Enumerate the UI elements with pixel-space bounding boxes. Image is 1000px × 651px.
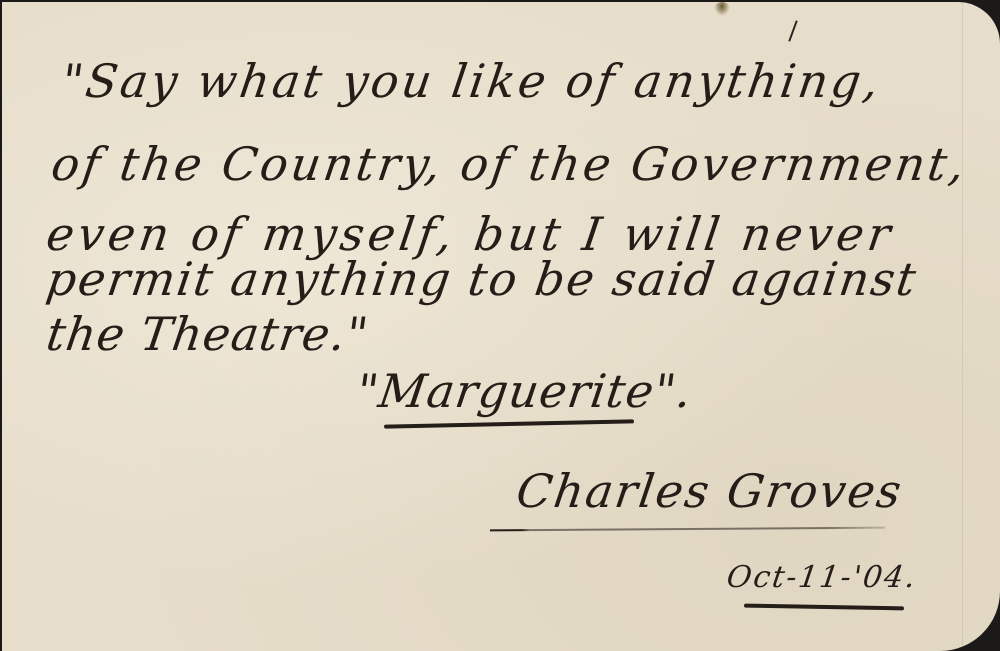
quote-line-2: of the Country, of the Government, [48,137,971,191]
source-title: "Marguerite". [353,364,696,418]
title-underline [384,419,634,428]
date-underline [744,604,904,611]
quote-line-5: the Theatre." [43,307,372,361]
signature: Charles Groves [513,464,906,518]
quote-line-4: permit anything to be said against [43,252,921,306]
signature-underline [490,527,885,532]
date: Oct-11-'04. [725,560,920,595]
quote-line-1: "Say what you like of anything, [58,54,885,108]
autograph-card: "Say what you like of anything, of the C… [2,2,1000,651]
pen-mark [788,20,797,41]
ink-stain [714,2,730,16]
card-crease [962,2,963,651]
